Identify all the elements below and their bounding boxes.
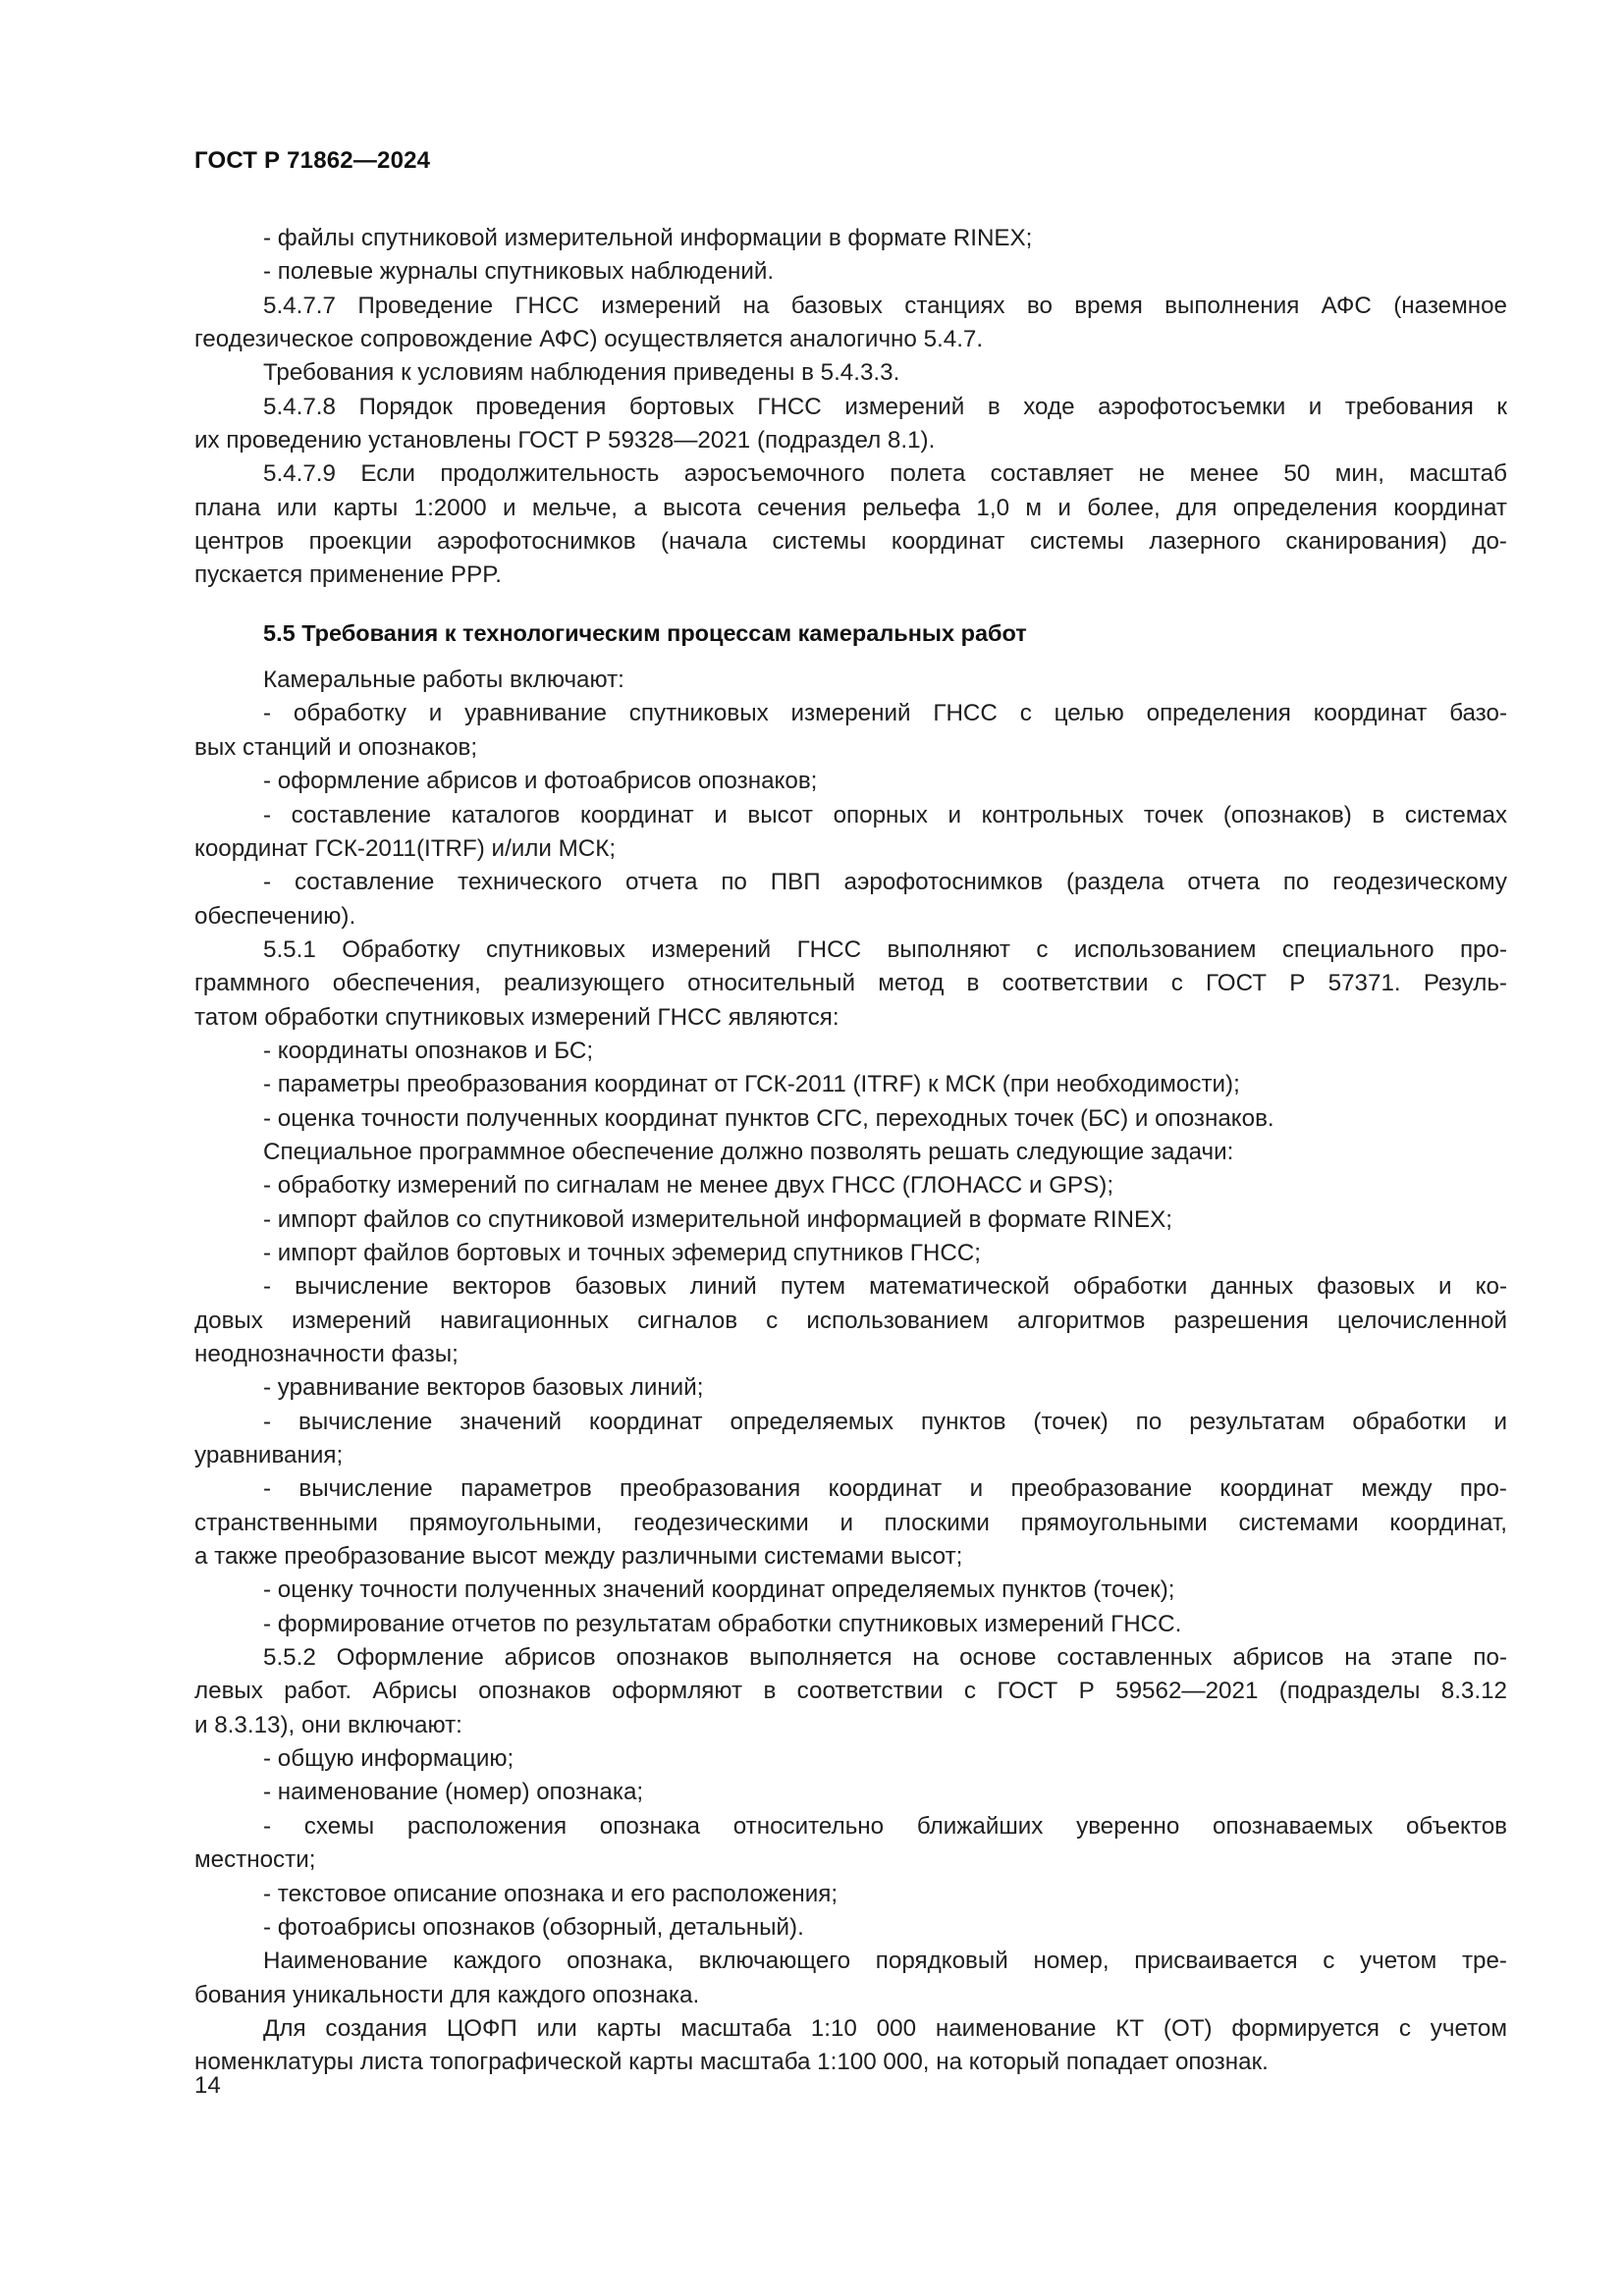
text-line: 5.4.7.8 Порядок проведения бортовых ГНСС… [194,391,1507,424]
paragraph: - файлы спутниковой измерительной информ… [194,222,1507,255]
text-line: обеспечению). [194,900,1507,934]
text-line: - обработку измерений по сигналам не мен… [194,1169,1507,1202]
text-line: пускается применение PPP. [194,559,1507,592]
text-line: 5.5.2 Оформление абрисов опознаков выпол… [194,1641,1507,1675]
text-line: плана или карты 1:2000 и мельче, а высот… [194,492,1507,525]
text-line: - формирование отчетов по результатам об… [194,1608,1507,1641]
text-line: татом обработки спутниковых измерений ГН… [194,1001,1507,1035]
paragraph: 5.5.1 Обработку спутниковых измерений ГН… [194,934,1507,1035]
text-line: - импорт файлов со спутниковой измерител… [194,1203,1507,1237]
paragraph: - обработку измерений по сигналам не мен… [194,1169,1507,1202]
paragraph: - обработку и уравнивание спутниковых из… [194,697,1507,765]
text-line: - вычисление значений координат определя… [194,1406,1507,1439]
text-line: - вычисление параметров преобразования к… [194,1472,1507,1506]
text-line: левых работ. Абрисы опознаков оформляют … [194,1675,1507,1708]
text-line: - обработку и уравнивание спутниковых из… [194,697,1507,730]
text-line: - наименование (номер) опознака; [194,1776,1507,1809]
text-line: - оценку точности полученных значений ко… [194,1574,1507,1607]
paragraph: Требования к условиям наблюдения приведе… [194,356,1507,390]
text-line: Требования к условиям наблюдения приведе… [194,356,1507,390]
paragraph: - импорт файлов со спутниковой измерител… [194,1203,1507,1237]
text-line: координат ГСК-2011(ITRF) и/или МСК; [194,832,1507,866]
text-line: - общую информацию; [194,1742,1507,1776]
paragraph: 5.4.7.8 Порядок проведения бортовых ГНСС… [194,391,1507,458]
text-line: - фотоабрисы опознаков (обзорный, деталь… [194,1911,1507,1945]
text-line: граммного обеспечения, реализующего отно… [194,967,1507,1000]
text-line: 5.4.7.7 Проведение ГНСС измерений на баз… [194,290,1507,323]
body-text: - файлы спутниковой измерительной информ… [194,222,1507,2080]
text-line: - оценка точности полученных координат п… [194,1102,1507,1136]
text-line: бования уникальности для каждого опознак… [194,1979,1507,2012]
text-line: - импорт файлов бортовых и точных эфемер… [194,1237,1507,1270]
paragraph: - вычисление векторов базовых линий путе… [194,1270,1507,1371]
text-line: странственными прямоугольными, геодезиче… [194,1507,1507,1540]
text-line: - текстовое описание опознака и его расп… [194,1878,1507,1911]
paragraph: - вычисление значений координат определя… [194,1406,1507,1473]
text-line: - полевые журналы спутниковых наблюдений… [194,255,1507,289]
text-line: - координаты опознаков и БС; [194,1035,1507,1068]
paragraph: - полевые журналы спутниковых наблюдений… [194,255,1507,289]
text-line: - составление технического отчета по ПВП… [194,866,1507,899]
paragraph: - текстовое описание опознака и его расп… [194,1878,1507,1911]
paragraph: Камеральные работы включают: [194,664,1507,697]
paragraph: - уравнивание векторов базовых линий; [194,1371,1507,1405]
paragraph: Специальное программное обеспечение долж… [194,1136,1507,1169]
paragraph: 5.4.7.9 Если продолжительность аэросъемо… [194,457,1507,592]
text-line: довых измерений навигационных сигналов с… [194,1305,1507,1338]
text-line: и 8.3.13), они включают: [194,1709,1507,1742]
text-line: номенклатуры листа топографической карты… [194,2046,1507,2079]
paragraph: - импорт файлов бортовых и точных эфемер… [194,1237,1507,1270]
text-line: Специальное программное обеспечение долж… [194,1136,1507,1169]
paragraph: - оценку точности полученных значений ко… [194,1574,1507,1607]
paragraph: - формирование отчетов по результатам об… [194,1608,1507,1641]
paragraph: - параметры преобразования координат от … [194,1068,1507,1101]
text-line: уравнивания; [194,1439,1507,1472]
paragraph: - составление каталогов координат и высо… [194,799,1507,867]
text-line: неоднозначности фазы; [194,1338,1507,1371]
paragraph: Наименование каждого опознака, включающе… [194,1945,1507,2012]
text-line: - вычисление векторов базовых линий путе… [194,1270,1507,1304]
text-line: Камеральные работы включают: [194,664,1507,697]
text-line: местности; [194,1843,1507,1877]
paragraph: 5.4.7.7 Проведение ГНСС измерений на баз… [194,290,1507,357]
text-line: Наименование каждого опознака, включающе… [194,1945,1507,1978]
running-title: ГОСТ Р 71862—2024 [194,147,430,175]
text-line: - файлы спутниковой измерительной информ… [194,222,1507,255]
paragraph: - координаты опознаков и БС; [194,1035,1507,1068]
paragraph: Для создания ЦОФП или карты масштаба 1:1… [194,2012,1507,2080]
paragraph: - общую информацию; [194,1742,1507,1776]
document-page: ГОСТ Р 71862—2024 - файлы спутниковой из… [0,0,1624,2296]
text-line: Для создания ЦОФП или карты масштаба 1:1… [194,2012,1507,2046]
text-line: вых станций и опознаков; [194,731,1507,765]
text-line: центров проекции аэрофотоснимков (начала… [194,525,1507,559]
text-line: - уравнивание векторов базовых линий; [194,1371,1507,1405]
paragraph: - наименование (номер) опознака; [194,1776,1507,1809]
paragraph: - схемы расположения опознака относитель… [194,1810,1507,1878]
text-line: геодезическое сопровождение АФС) осущест… [194,323,1507,356]
page-number: 14 [194,2072,221,2100]
text-line: - оформление абрисов и фотоабрисов опозн… [194,765,1507,798]
paragraph: - составление технического отчета по ПВП… [194,866,1507,934]
paragraph: 5.5.2 Оформление абрисов опознаков выпол… [194,1641,1507,1742]
paragraph: - оценка точности полученных координат п… [194,1102,1507,1136]
text-line: - схемы расположения опознака относитель… [194,1810,1507,1843]
text-line: их проведению установлены ГОСТ Р 59328—2… [194,424,1507,457]
text-line: а также преобразование высот между разли… [194,1540,1507,1574]
text-line: - параметры преобразования координат от … [194,1068,1507,1101]
paragraph: - фотоабрисы опознаков (обзорный, деталь… [194,1911,1507,1945]
text-line: - составление каталогов координат и высо… [194,799,1507,832]
paragraph: - оформление абрисов и фотоабрисов опозн… [194,765,1507,798]
paragraph: - вычисление параметров преобразования к… [194,1472,1507,1574]
section-heading: 5.5 Требования к технологическим процесс… [194,616,1507,650]
text-line: 5.4.7.9 Если продолжительность аэросъемо… [194,457,1507,491]
text-line: 5.5.1 Обработку спутниковых измерений ГН… [194,934,1507,967]
